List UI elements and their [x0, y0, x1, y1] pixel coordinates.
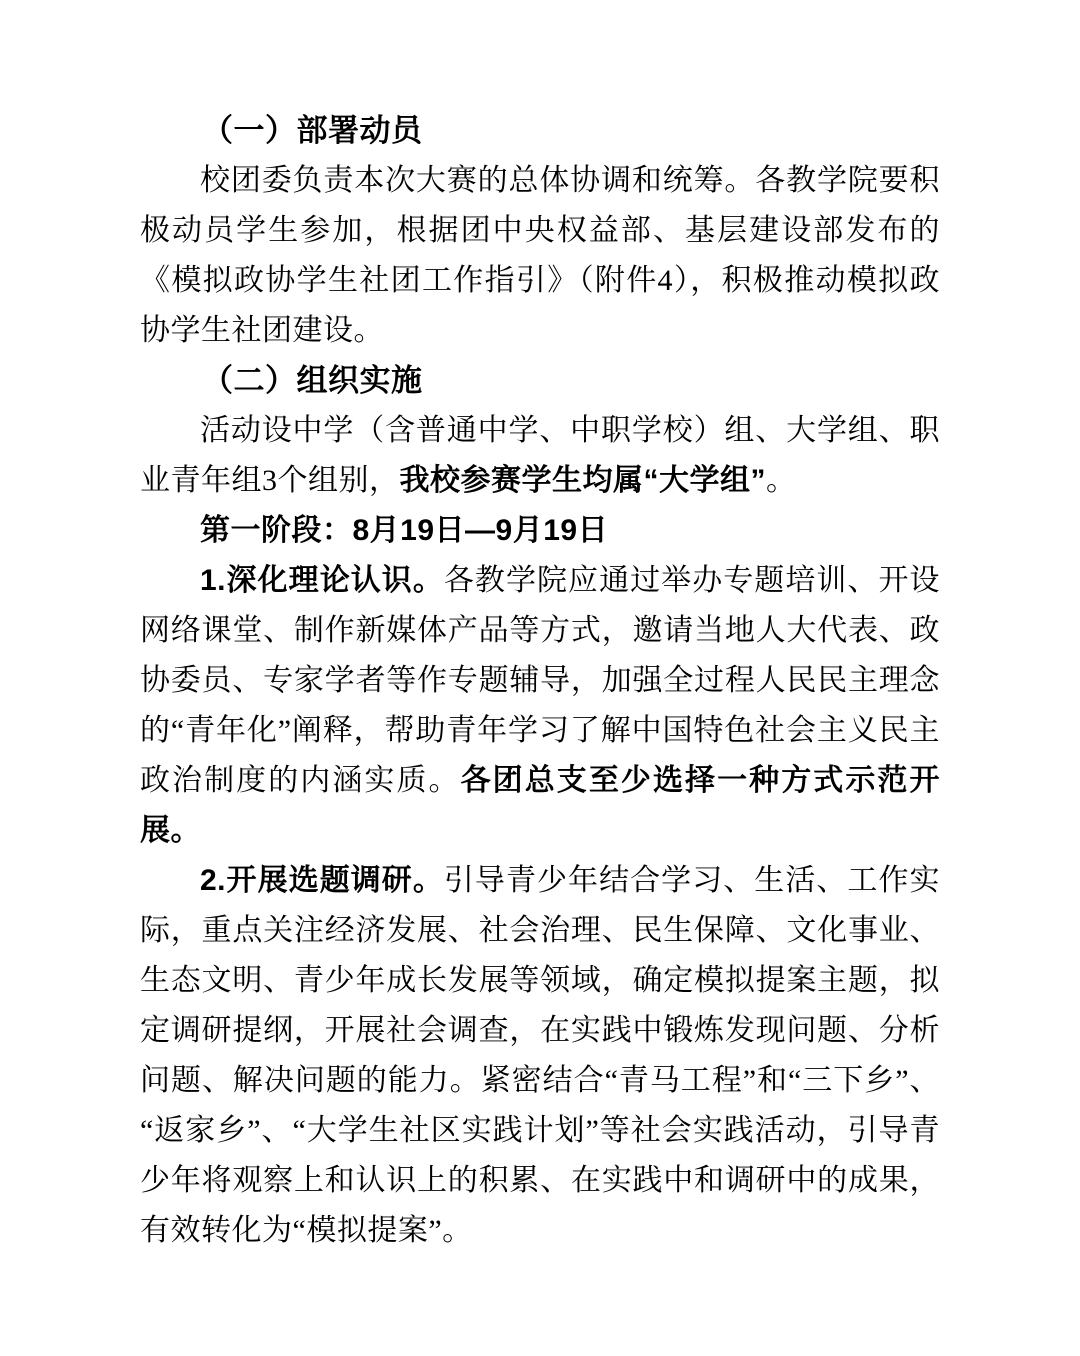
text-run-emphasis: 我校参赛学生均属“大学组” — [400, 464, 767, 497]
paragraph-deploy-mobilize: 校团委负责本次大赛的总体协调和统筹。各教学院要积极动员学生参加，根据团中央权益部… — [140, 156, 940, 356]
section-heading-deploy-mobilize: （一）部署动员 — [140, 106, 940, 156]
paragraph-groups: 活动设中学（含普通中学、中职学校）组、大学组、职业青年组3个组别，我校参赛学生均… — [140, 406, 940, 506]
section-heading-organize-implement: （二）组织实施 — [140, 356, 940, 406]
stage-one-heading: 第一阶段：8月19日—9月19日 — [140, 506, 940, 556]
text-run: 校团委负责本次大赛的总体协调和统筹。各教学院要积极动员学生参加，根据团中央权益部… — [140, 164, 940, 347]
document-page: （一）部署动员 校团委负责本次大赛的总体协调和统筹。各教学院要积极动员学生参加，… — [0, 0, 1080, 1356]
text-run: 各教学院应通过举办专题培训、开设网络课堂、制作新媒体产品等方式，邀请当地人大代表… — [140, 564, 940, 797]
item-2-lead: 2.开展选题调研。 — [200, 864, 444, 897]
text-run: 引导青少年结合学习、生活、工作实际，重点关注经济发展、社会治理、民生保障、文化事… — [140, 864, 940, 1247]
text-run: 。 — [766, 464, 797, 497]
paragraph-item-1-theory: 1.深化理论认识。各教学院应通过举办专题培训、开设网络课堂、制作新媒体产品等方式… — [140, 556, 940, 856]
paragraph-item-2-research: 2.开展选题调研。引导青少年结合学习、生活、工作实际，重点关注经济发展、社会治理… — [140, 856, 940, 1256]
item-1-lead: 1.深化理论认识。 — [200, 564, 444, 597]
